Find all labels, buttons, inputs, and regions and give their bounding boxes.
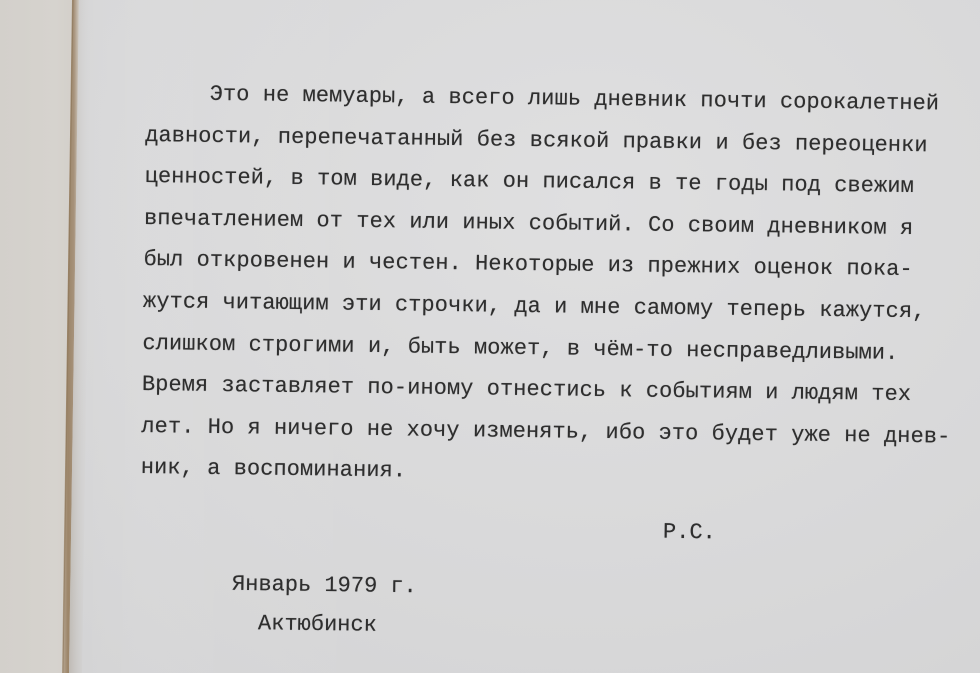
- author-initials: Р.С.: [663, 520, 716, 546]
- place: Актюбинск: [258, 611, 377, 638]
- date: Январь 1979 г.: [232, 572, 417, 599]
- foreword-paragraph: Это не мемуары, а всего лишь дневник поч…: [141, 73, 966, 500]
